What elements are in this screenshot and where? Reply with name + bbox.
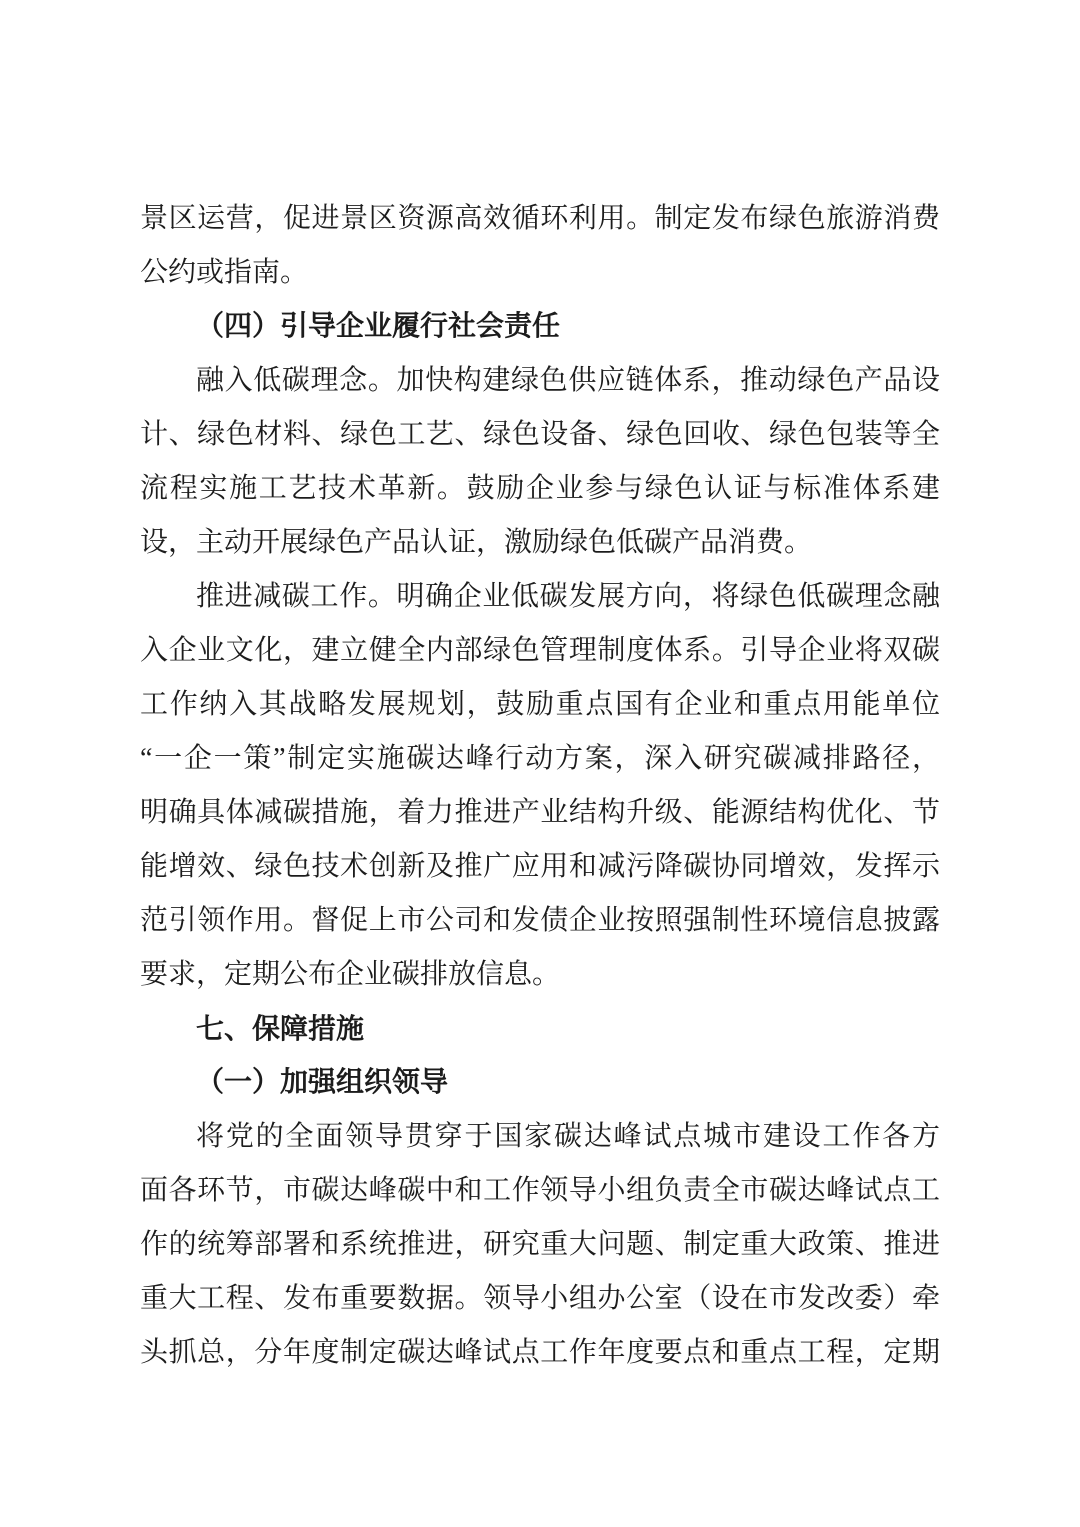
text-line: 头抓总，分年度制定碳达峰试点工作年度要点和重点工程，定期 bbox=[140, 1326, 940, 1380]
document-body: 景区运营，促进景区资源高效循环利用。制定发布绿色旅游消费公约或指南。（四）引导企… bbox=[140, 192, 940, 1380]
text-line: 工作纳入其战略发展规划，鼓励重点国有企业和重点用能单位 bbox=[140, 678, 940, 732]
text-line: 融入低碳理念。加快构建绿色供应链体系，推动绿色产品设 bbox=[140, 354, 940, 408]
text-line: 入企业文化，建立健全内部绿色管理制度体系。引导企业将双碳 bbox=[140, 624, 940, 678]
text-line: 推进减碳工作。明确企业低碳发展方向，将绿色低碳理念融 bbox=[140, 570, 940, 624]
document-page: 景区运营，促进景区资源高效循环利用。制定发布绿色旅游消费公约或指南。（四）引导企… bbox=[0, 0, 1080, 1527]
text-line: 范引领作用。督促上市公司和发债企业按照强制性环境信息披露 bbox=[140, 894, 940, 948]
text-line: 面各环节，市碳达峰碳中和工作领导小组负责全市碳达峰试点工 bbox=[140, 1164, 940, 1218]
text-line: 作的统筹部署和系统推进，研究重大问题、制定重大政策、推进 bbox=[140, 1218, 940, 1272]
chapter-heading: 七、保障措施 bbox=[140, 1002, 940, 1056]
text-line: 将党的全面领导贯穿于国家碳达峰试点城市建设工作各方 bbox=[140, 1110, 940, 1164]
text-line: 重大工程、发布重要数据。领导小组办公室（设在市发改委）牵 bbox=[140, 1272, 940, 1326]
text-line: 公约或指南。 bbox=[140, 246, 940, 300]
subsection-heading: （一）加强组织领导 bbox=[140, 1056, 940, 1110]
text-line: 明确具体减碳措施，着力推进产业结构升级、能源结构优化、节 bbox=[140, 786, 940, 840]
text-line: 计、绿色材料、绿色工艺、绿色设备、绿色回收、绿色包装等全 bbox=[140, 408, 940, 462]
subsection-heading: （四）引导企业履行社会责任 bbox=[140, 300, 940, 354]
text-line: 设，主动开展绿色产品认证，激励绿色低碳产品消费。 bbox=[140, 516, 940, 570]
text-line: 能增效、绿色技术创新及推广应用和减污降碳协同增效，发挥示 bbox=[140, 840, 940, 894]
text-line: “一企一策”制定实施碳达峰行动方案，深入研究碳减排路径， bbox=[140, 732, 940, 786]
text-line: 流程实施工艺技术革新。鼓励企业参与绿色认证与标准体系建 bbox=[140, 462, 940, 516]
text-line: 要求，定期公布企业碳排放信息。 bbox=[140, 948, 940, 1002]
text-line: 景区运营，促进景区资源高效循环利用。制定发布绿色旅游消费 bbox=[140, 192, 940, 246]
